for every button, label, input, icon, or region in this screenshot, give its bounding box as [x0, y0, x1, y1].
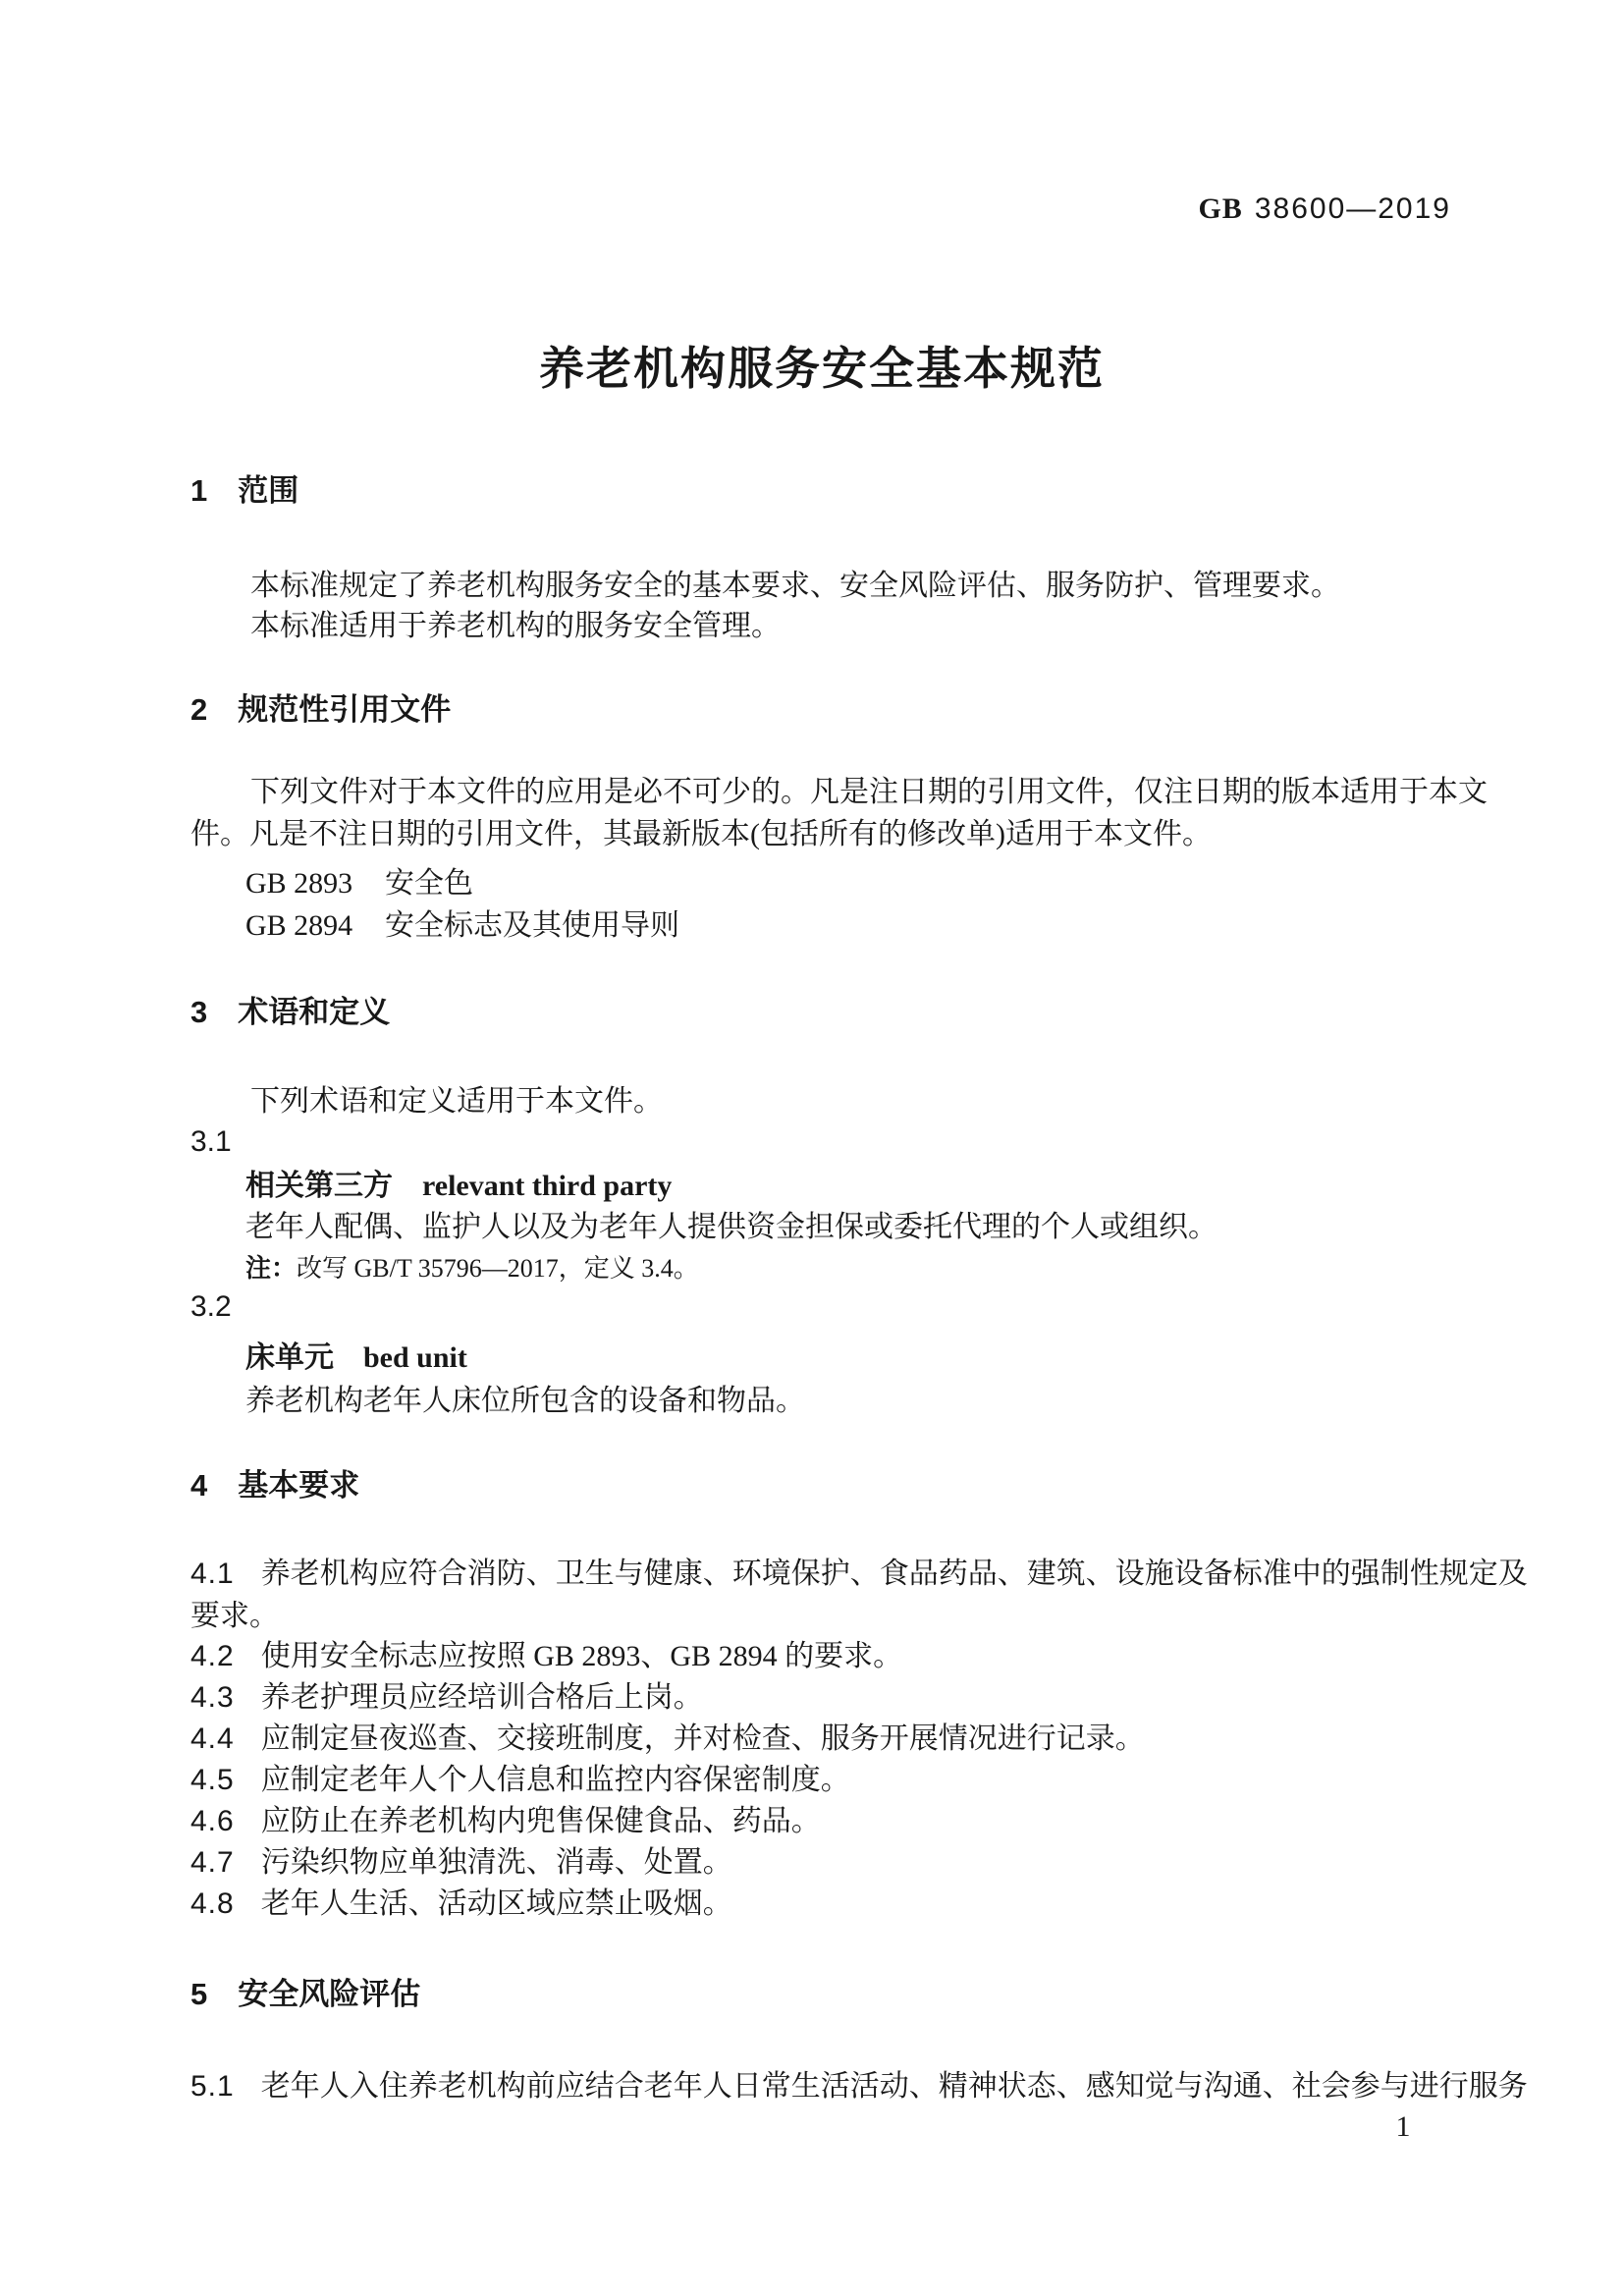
section-1-paragraph-2: 本标准适用于养老机构的服务安全管理。 — [190, 605, 1453, 647]
clause-number: 4.3 — [190, 1681, 235, 1714]
clause-text: 使用安全标志应按照 GB 2893、GB 2894 的要求。 — [261, 1640, 902, 1672]
standard-document-page: GB38600—2019 养老机构服务安全基本规范 1范围 本标准规定了养老机构… — [0, 0, 1623, 2296]
section-2-number: 2 — [190, 690, 207, 730]
standard-number-code: 38600—2019 — [1255, 192, 1451, 225]
section-3-title: 术语和定义 — [238, 995, 390, 1029]
note-text: 改写 GB/T 35796—2017，定义 3.4。 — [297, 1254, 699, 1283]
term-3-2-number: 3.2 — [190, 1287, 1453, 1327]
section-2-intro-line-1: 下列文件对于本文件的应用是必不可少的。凡是注日期的引用文件，仅注日期的版本适用于… — [190, 771, 1453, 813]
term-3-1-chinese: 相关第三方 — [245, 1170, 393, 1202]
reference-code: GB 2893 — [245, 862, 357, 904]
section-1-heading: 1范围 — [190, 471, 1453, 511]
clause-number: 5.1 — [190, 2070, 235, 2103]
note-label: 注： — [245, 1253, 297, 1283]
clause-4-2: 4.2使用安全标志应按照 GB 2893、GB 2894 的要求。 — [190, 1635, 1453, 1677]
clause-text: 应制定老年人个人信息和监控内容保密制度。 — [261, 1764, 850, 1796]
term-3-2-entry: 床单元bed unit — [245, 1337, 1451, 1379]
term-3-1-number: 3.1 — [190, 1122, 1453, 1162]
clause-number: 4.6 — [190, 1805, 235, 1837]
section-2-intro-line-2: 件。凡是不注日期的引用文件，其最新版本(包括所有的修改单)适用于本文件。 — [190, 813, 1453, 855]
term-3-2-definition: 养老机构老年人床位所包含的设备和物品。 — [245, 1380, 1451, 1422]
reference-code: GB 2894 — [245, 904, 357, 947]
reference-item: GB 2893安全色 — [245, 862, 1451, 904]
document-title: 养老机构服务安全基本规范 — [190, 342, 1453, 395]
section-2-intro-paragraph: 下列文件对于本文件的应用是必不可少的。凡是注日期的引用文件，仅注日期的版本适用于… — [190, 771, 1453, 855]
clause-number: 4.7 — [190, 1846, 235, 1879]
section-2-title: 规范性引用文件 — [238, 692, 451, 727]
clause-4-6: 4.6应防止在养老机构内兜售保健食品、药品。 — [190, 1800, 1453, 1842]
section-3-heading: 3术语和定义 — [190, 993, 1453, 1032]
standard-number: GB38600—2019 — [1198, 193, 1451, 225]
clause-text: 污染织物应单独清洗、消毒、处置。 — [261, 1846, 732, 1879]
clause-4-3: 4.3养老护理员应经培训合格后上岗。 — [190, 1676, 1453, 1719]
clause-4-4: 4.4应制定昼夜巡查、交接班制度，并对检查、服务开展情况进行记录。 — [190, 1718, 1453, 1760]
clause-text: 老年人生活、活动区域应禁止吸烟。 — [261, 1887, 732, 1920]
reference-name: 安全色 — [385, 867, 473, 900]
section-3-number: 3 — [190, 993, 207, 1032]
clause-number: 4.2 — [190, 1640, 235, 1672]
clause-text: 应制定昼夜巡查、交接班制度，并对检查、服务开展情况进行记录。 — [261, 1722, 1145, 1755]
section-1-title: 范围 — [238, 473, 298, 508]
section-4-heading: 4基本要求 — [190, 1466, 1453, 1505]
term-3-1-entry: 相关第三方relevant third party — [245, 1165, 1451, 1207]
clause-4-5: 4.5应制定老年人个人信息和监控内容保密制度。 — [190, 1759, 1453, 1801]
clause-number: 4.8 — [190, 1887, 235, 1920]
section-2-heading: 2规范性引用文件 — [190, 690, 1453, 730]
page-number: 1 — [1374, 2110, 1433, 2144]
section-4-number: 4 — [190, 1466, 207, 1505]
standard-number-prefix: GB — [1198, 192, 1242, 225]
clause-4-8: 4.8老年人生活、活动区域应禁止吸烟。 — [190, 1883, 1453, 1925]
term-3-1-note: 注：改写 GB/T 35796—2017，定义 3.4。 — [245, 1251, 1451, 1285]
section-4-title: 基本要求 — [238, 1468, 359, 1503]
term-3-1-definition: 老年人配偶、监护人以及为老年人提供资金担保或委托代理的个人或组织。 — [245, 1206, 1451, 1248]
clause-number: 4.5 — [190, 1764, 235, 1796]
term-3-2-english: bed unit — [363, 1341, 467, 1374]
clause-4-1-line-2: 要求。 — [190, 1595, 1453, 1637]
term-3-2-chinese: 床单元 — [245, 1341, 334, 1374]
clause-number: 4.1 — [190, 1558, 235, 1590]
clause-text: 养老机构应符合消防、卫生与健康、环境保护、食品药品、建筑、设施设备标准中的强制性… — [261, 1558, 1528, 1590]
section-1-number: 1 — [190, 471, 207, 511]
clause-5-1: 5.1老年人入住养老机构前应结合老年人日常生活活动、精神状态、感知觉与沟通、社会… — [190, 2065, 1453, 2107]
term-3-1-english: relevant third party — [422, 1170, 672, 1202]
clause-text: 养老护理员应经培训合格后上岗。 — [261, 1681, 703, 1714]
section-3-intro: 下列术语和定义适用于本文件。 — [190, 1080, 1453, 1122]
clause-4-7: 4.7污染织物应单独清洗、消毒、处置。 — [190, 1841, 1453, 1884]
section-5-heading: 5安全风险评估 — [190, 1975, 1453, 2014]
section-1-paragraph-1: 本标准规定了养老机构服务安全的基本要求、安全风险评估、服务防护、管理要求。 — [190, 565, 1453, 607]
clause-text: 老年人入住养老机构前应结合老年人日常生活活动、精神状态、感知觉与沟通、社会参与进… — [261, 2070, 1528, 2103]
reference-item: GB 2894安全标志及其使用导则 — [245, 904, 1451, 947]
reference-name: 安全标志及其使用导则 — [385, 909, 679, 942]
clause-text: 应防止在养老机构内兜售保健食品、药品。 — [261, 1805, 821, 1837]
section-5-number: 5 — [190, 1975, 207, 2014]
clause-number: 4.4 — [190, 1722, 235, 1755]
clause-4-1: 4.1养老机构应符合消防、卫生与健康、环境保护、食品药品、建筑、设施设备标准中的… — [190, 1553, 1453, 1637]
section-5-title: 安全风险评估 — [238, 1977, 420, 2011]
clause-4-1-line-1: 4.1养老机构应符合消防、卫生与健康、环境保护、食品药品、建筑、设施设备标准中的… — [190, 1553, 1453, 1595]
